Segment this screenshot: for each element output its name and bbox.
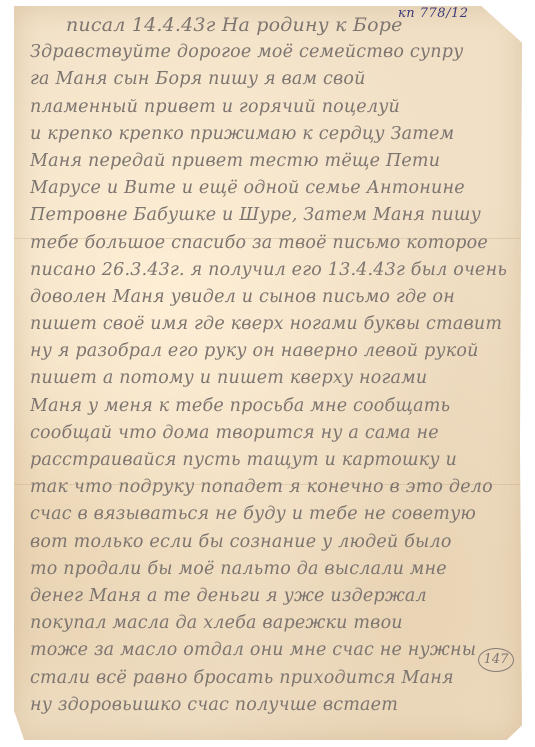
letter-line: Марусе и Вите и ещё одной семье Антонине xyxy=(30,175,520,202)
letter-line: га Маня сын Боря пишу я вам свой xyxy=(30,66,520,93)
letter-line: счас в вязываться не буду и тебе не сове… xyxy=(30,501,520,528)
letter-line: то продали бы моё пальто да выслали мне xyxy=(30,556,520,583)
letter-line: тебе большое спасибо за твоё письмо кото… xyxy=(30,230,520,257)
letter-line: и крепко крепко прижимаю к сердцу Затем xyxy=(30,121,520,148)
letter-header-line: писал 14.4.43г На родину к Боре xyxy=(30,12,520,39)
circled-page-number: 147 xyxy=(478,648,514,672)
letter-line: ну я разобрал его руку он наверно левой … xyxy=(30,338,520,365)
letter-line: тоже за масло отдал они мне счас не нужн… xyxy=(30,637,520,664)
letter-line: денег Маня а те деньги я уже издержал xyxy=(30,583,520,610)
letter-line: сообщай что дома творится ну а сама не xyxy=(30,420,520,447)
letter-line: пишет своё имя где кверх ногами буквы ст… xyxy=(30,311,520,338)
letter-line: доволен Маня увидел и сынов письмо где о… xyxy=(30,284,520,311)
letter-line: расстраивайся пусть тащут и картошку и xyxy=(30,447,520,474)
letter-line: покупал масла да хлеба варежки твои xyxy=(30,610,520,637)
letter-line: ну здоровьишко счас получше встает xyxy=(30,692,520,719)
letter-line: Петровне Бабушке и Шуре, Затем Маня пишу xyxy=(30,202,520,229)
letter-line: так что подруку попадет я конечно в это … xyxy=(30,474,520,501)
letter-line: пишет а потому и пишет кверху ногами xyxy=(30,365,520,392)
letter-line: писано 26.3.43г. я получил его 13.4.43г … xyxy=(30,257,520,284)
letter-line: пламенный привет и горячий поцелуй xyxy=(30,94,520,121)
letter-line: Маня передай привет тестю тёще Пети xyxy=(30,148,520,175)
letter-text: писал 14.4.43г На родину к Боре Здравств… xyxy=(30,12,520,719)
letter-line: Маня у меня к тебе просьба мне сообщать xyxy=(30,393,520,420)
letter-line: стали всё равно бросать приходится Маня xyxy=(30,665,520,692)
letter-line: Здравствуйте дорогое моё семейство супру xyxy=(30,39,520,66)
letter-line: вот только если бы сознание у людей было xyxy=(30,529,520,556)
